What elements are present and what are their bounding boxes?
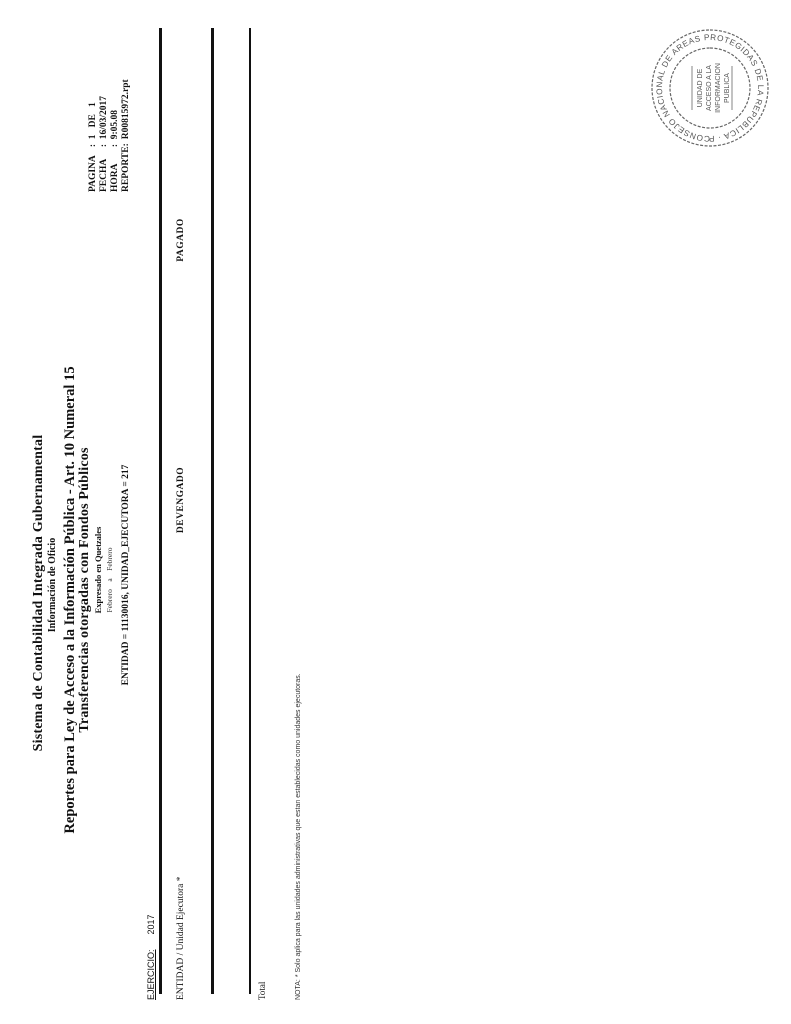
- date-label: FECHA: [99, 147, 110, 192]
- svg-text:INFORMACION: INFORMACION: [715, 63, 722, 113]
- svg-text:UNIDAD DE: UNIDAD DE: [697, 68, 704, 107]
- page-total: 1: [88, 102, 98, 107]
- period-from: Febrero: [105, 589, 114, 612]
- meta-report-row: REPORTE: R00815972.rpt: [121, 75, 132, 192]
- report-label: REPORTE:: [121, 139, 132, 192]
- ejercicio-value: 2017: [146, 914, 156, 934]
- report-subtitle-oficio: Información de Oficio: [47, 538, 58, 632]
- meta-page-row: PAGINA : 1 DE 1: [88, 75, 99, 192]
- column-header-pagado: PAGADO: [176, 218, 186, 261]
- table-top-rule: [159, 28, 162, 994]
- conap-stamp: CONSEJO NACIONAL DE AREAS PROTEGIDAS DE …: [648, 26, 772, 150]
- ejercicio-label: EJERCICIO:: [146, 949, 156, 1000]
- report-value: R00815972.rpt: [121, 75, 132, 139]
- currency-note: Expresado en Quetzales: [93, 527, 103, 614]
- svg-text:ACCESO A LA: ACCESO A LA: [706, 65, 713, 111]
- meta-time-row: HORA : 9:05.08: [110, 75, 121, 192]
- svg-text:PUBLICA: PUBLICA: [724, 73, 731, 103]
- system-title: Sistema de Contabilidad Integrada Gubern…: [31, 435, 47, 752]
- time-label: HORA: [110, 147, 121, 192]
- column-header-entidad: ENTIDAD / Unidad Ejecutora *: [176, 877, 186, 1000]
- report-meta: PAGINA : 1 DE 1 FECHA : 16/03/2017 HORA …: [88, 75, 132, 192]
- meta-date-row: FECHA : 16/03/2017: [99, 75, 110, 192]
- period-to: Febrero: [105, 548, 114, 571]
- stamp-inner-text: UNIDAD DEACCESO A LAINFORMACIONPUBLICA: [697, 63, 731, 113]
- period-sep: a: [105, 578, 114, 581]
- page-label: PAGINA: [88, 147, 99, 192]
- ejercicio: EJERCICIO: 2017: [146, 914, 156, 1000]
- report-subtitle: Transferencias otorgadas con Fondos Públ…: [77, 447, 93, 732]
- footer-note: NOTA: * Solo aplica para las unidades ad…: [295, 673, 302, 1000]
- table-total-rule: [249, 28, 251, 994]
- time-value: 9:05.08: [110, 75, 121, 139]
- total-label: Total: [257, 982, 267, 1000]
- table-header-rule: [211, 28, 214, 994]
- date-value: 16/03/2017: [99, 75, 110, 139]
- filter-line: ENTIDAD = 11130016, UNIDAD_EJECUTORA = 2…: [121, 465, 131, 686]
- report-page: Sistema de Contabilidad Integrada Gubern…: [0, 0, 791, 1024]
- column-header-devengado: DEVENGADO: [176, 467, 186, 533]
- period-range: Febrero a Febrero: [105, 548, 114, 613]
- page-value: 1: [88, 134, 98, 139]
